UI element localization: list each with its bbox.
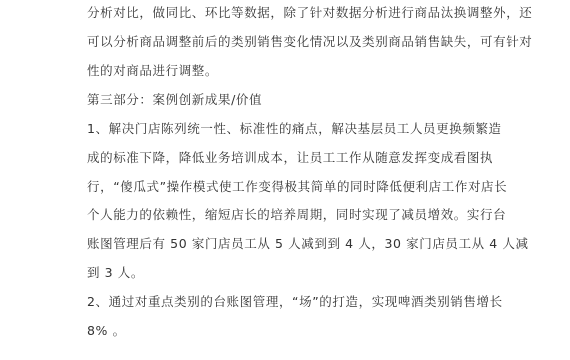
paragraph-line: 1、解决门店陈列统一性、标准性的痛点，解决基层员工人员更换频繁造	[87, 121, 502, 137]
paragraph-line: 行，“傻瓜式”操作模式使工作变得极其简单的同时降低便利店工作对店长	[87, 179, 507, 195]
paragraph-line: 2、通过对重点类别的台账图管理，“场”的打造，实现啤酒类别销售增长	[87, 294, 503, 310]
section-heading: 第三部分：案例创新成果/价值	[87, 92, 262, 108]
paragraph-line: 成的标准下降，降低业务培训成本，让员工工作从随意发挥变成看图执	[87, 150, 493, 166]
paragraph-line: 账图管理后有 50 家门店员工从 5 人减到到 4 人，30 家门店员工从 4 …	[87, 236, 529, 252]
paragraph-line: 个人能力的依赖性，缩短店长的培养周期，同时实现了减员增效。实行台	[87, 207, 506, 223]
paragraph-line: 8% 。	[87, 323, 126, 339]
document-page: 分析对比，做同比、环比等数据，除了针对数据分析进行商品汰换调整外，还 可以分析商…	[0, 0, 570, 360]
paragraph-line: 性的对商品进行调整。	[87, 63, 218, 79]
paragraph-line: 分析对比，做同比、环比等数据，除了针对数据分析进行商品汰换调整外，还	[87, 5, 532, 21]
paragraph-line: 到 3 人。	[87, 265, 144, 281]
paragraph-line: 可以分析商品调整前后的类别销售变化情况以及类别商品销售缺失，可有针对	[87, 34, 532, 50]
